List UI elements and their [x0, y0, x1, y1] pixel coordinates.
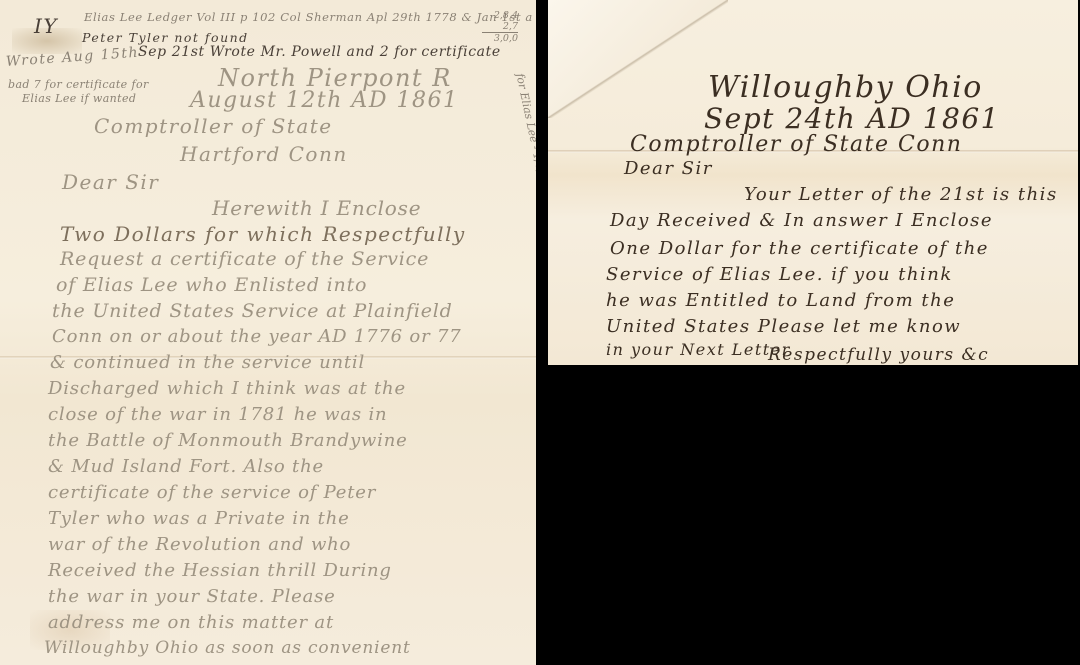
- body-line: address me on this matter at: [48, 612, 334, 633]
- arith-line: 2,7: [482, 21, 518, 33]
- body-line: he was Entitled to Land from the: [606, 290, 955, 311]
- body-line: Two Dollars for which Respectfully: [60, 222, 466, 246]
- body-line: Request a certificate of the Service: [60, 248, 429, 270]
- margin-note-sep21: Sep 21st Wrote Mr. Powell and 2 for cert…: [138, 44, 501, 60]
- arith-total: 3,0,0: [482, 33, 518, 44]
- letter-august-1861: IY Elias Lee Ledger Vol III p 102 Col Sh…: [0, 0, 536, 665]
- body-line: & continued in the service until: [50, 352, 365, 373]
- body-line: Willoughby Ohio as soon as convenient: [44, 638, 411, 658]
- margin-note-certificate: bad 7 for certificate for: [8, 78, 149, 91]
- body-line: Received the Hessian thrill During: [48, 560, 392, 581]
- margin-arithmetic: 2,8,4 2,7 3,0,0: [482, 10, 518, 44]
- body-line: certificate of the service of Peter: [48, 482, 376, 503]
- body-line: Day Received & In answer I Enclose: [610, 210, 993, 231]
- body-line: the United States Service at Plainfield: [52, 300, 453, 322]
- closing: Respectfully yours &c: [768, 345, 989, 365]
- margin-note-if-wanted: Elias Lee if wanted: [22, 92, 136, 105]
- letter-date: Sept 24th AD 1861: [704, 102, 1000, 135]
- body-line: Conn on or about the year AD 1776 or 77: [52, 326, 462, 347]
- margin-note-not-found: Peter Tyler not found: [82, 30, 249, 45]
- body-line: Service of Elias Lee. if you think: [606, 264, 953, 285]
- body-line: One Dollar for the certificate of the: [610, 238, 989, 259]
- salutation: Dear Sir: [62, 170, 159, 194]
- margin-note-ledger: Elias Lee Ledger Vol III p 102 Col Sherm…: [84, 10, 536, 24]
- letter-date: August 12th AD 1861: [190, 88, 458, 113]
- body-line: the war in your State. Please: [48, 586, 336, 607]
- body-line: & Mud Island Fort. Also the: [48, 456, 324, 477]
- body-line: Your Letter of the 21st is this: [744, 184, 1058, 205]
- body-line: of Elias Lee who Enlisted into: [56, 274, 367, 296]
- body-line: United States Please let me know: [606, 316, 961, 337]
- arith-line: 2,8,4: [482, 10, 518, 21]
- body-line: the Battle of Monmouth Brandywine: [48, 430, 408, 451]
- letter-september-1861: Willoughby Ohio Sept 24th AD 1861 Comptr…: [548, 0, 1078, 365]
- body-line: Tyler who was a Private in the: [48, 508, 350, 529]
- salutation: Dear Sir: [624, 158, 713, 179]
- body-line: close of the war in 1781 he was in: [48, 404, 387, 425]
- body-line: Herewith I Enclose: [212, 196, 421, 220]
- body-line: in your Next Letter: [606, 340, 791, 359]
- margin-mark: IY: [34, 14, 58, 38]
- body-line: Discharged which I think was at the: [48, 378, 406, 399]
- folded-corner-edge: [548, 0, 728, 118]
- letter-place: Willoughby Ohio: [708, 70, 983, 105]
- body-line: war of the Revolution and who: [48, 534, 351, 555]
- addressee-line-2: Hartford Conn: [180, 142, 348, 166]
- margin-note-vertical: for Elias Lee - 1/4/1777: [513, 72, 536, 203]
- addressee: Comptroller of State Conn: [630, 132, 962, 157]
- addressee-line-1: Comptroller of State: [94, 114, 333, 138]
